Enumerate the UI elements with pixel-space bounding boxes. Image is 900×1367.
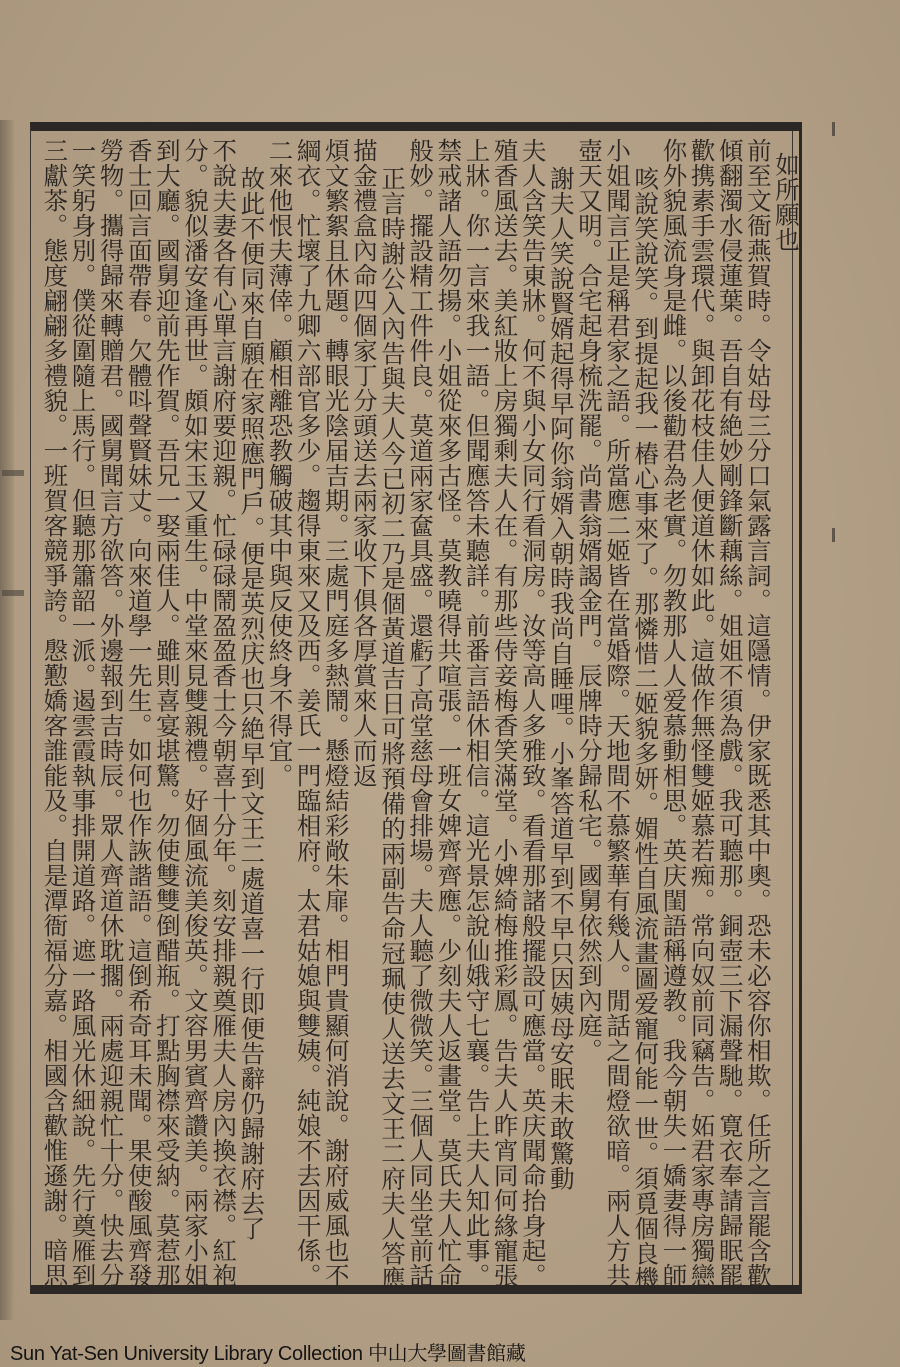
text-column: 一笑躬身別。僕從圍隨上馬行。但聽那簫韶一派。遏雲霞執事排開道路。遮一路風光休細說… [68, 138, 96, 1288]
text-column: 分。貌似潘安逢再世。頗如宋玉又重生。中堂來見雙親禮。好個風流美俊英。文容男賓齊讚… [181, 138, 209, 1288]
gutter-mark [2, 590, 24, 596]
page-gutter [0, 470, 26, 670]
text-column: 如所願也 [772, 138, 800, 1288]
text-column: 到大廳。國舅迎前先作賀。吾兄一娶兩佳人。雖則喜宴堪驚。勿使雙雙倒醋瓶。打點胸襟來… [153, 138, 181, 1288]
binding-edge [0, 120, 14, 1320]
text-column: 三獻茶。態度翩翩多禮貌。一班賀客競爭誇。慇懃嬌客誰能及。自是潭衙福分嘉。相國含歡… [40, 138, 68, 1288]
text-column: 煩文繁絮且休題。轉眼光陰届吉期。三處門庭多熱鬧。懸燈結彩敞朱扉。相門貴顯何消說。… [322, 138, 350, 1288]
gutter-mark [2, 470, 24, 476]
text-column: 描金禮盒內命四個家丁分頭送去兩家收下俱各厚賞來人而返 [350, 138, 378, 1288]
text-column: 故此不便同來自願在家照應門戶。便是英烈庆也只絶早到文王二處道喜一行即便告辭仍歸謝… [237, 138, 265, 1288]
vertical-text-body: 如所願也 前至文衙燕賀時。令姑母三分口氣露言詞。這隱情。伊家既悉其中奧。恐未必容… [40, 138, 800, 1288]
scanned-book-page: 如所願也 前至文衙燕賀時。令姑母三分口氣露言詞。這隱情。伊家既悉其中奧。恐未必容… [0, 0, 900, 1367]
text-column: 香士回言面帶春。欠體呌聲賢妹丈。向來道學一先生。如何也作詼諧語。這倒希奇耳未聞。… [125, 138, 153, 1288]
text-column: 正言時謝公入內告與夫人今已初二乃是個黃道吉日可將預備的兩副告命冠珮使人送去文王二… [378, 138, 406, 1288]
margin-mark-top [832, 122, 845, 136]
text-column: 前至文衙燕賀時。令姑母三分口氣露言詞。這隱情。伊家既悉其中奧。恐未必容你相欺。任… [744, 138, 772, 1288]
text-column: 上牀。你一言來我一語。但聞應答未聽詳。前番言語休相信。這光景怎說仙娥守七襄。告上… [462, 138, 490, 1288]
library-watermark: Sun Yat-Sen University Library Collectio… [10, 1337, 526, 1366]
text-column: 你外貌風流身是雌。以後勸君為老實。勿教那人人爱慕動相思。英庆閨語稱遵教。我今朝失… [659, 138, 687, 1288]
text-column: 咳說笑說笑。到提起我一樁心事來了。那憐惜二姬貌多妍。媚性自風流畫圖爱寵何能一世。… [631, 138, 659, 1288]
text-column: 歡携素手雲環代。與卸花枝佳人便道休如此。這做作無怪雙姬慕若痴。常向奴前同竊告。妬… [687, 138, 715, 1288]
margin-mark-bottom [832, 528, 845, 542]
text-column: 壺天又明。合宅起身梳洗罷。尚書翁婿謁金門。辰牌時分歸私宅。國舅依然到內庭。 [575, 138, 603, 1288]
text-column: 傾翻濁水侵蓮葉。吾自有絶妙剛鋒斷藕絲。姐姐不須為戲。我可聽那。銅壺三下漏聲馳。寛… [716, 138, 744, 1288]
text-column: 勞物。攜得歸來轉贈君。國舅聞言方欲答。外邊報到吉時辰。眾人齊道休耽擱。兩處迎親忙… [96, 138, 124, 1288]
text-column: 禁戒諸人語勿揚。小姐從來多古怪。莫教曉得共喧張。一班女婢齊齊應。少刻夫人返畫堂。… [434, 138, 462, 1288]
text-column: 般妙。擺設精工件件良。莫道兩家奩具盛。還虧了高堂慈母會排場。夫人聽了微微笑。三個… [406, 138, 434, 1288]
text-column: 謝夫人笑說賢婿起得早阿你翁婿入朝時我尚自睡哩。小峯答道早到不早只因姨母安眠未敢驚… [547, 138, 575, 1288]
text-column: 夫人含笑告東牀。何不與小女同行看洞房。汝等高人多雅致。看看那諸般擺設可應當。英庆… [519, 138, 547, 1288]
text-column: 二來他恨夫薄倖。顧相離恐教觸破其中與反使終身不得宜。 [265, 138, 293, 1288]
text-column: 殖香風送去。美紅妝上房獨剩夫人在。有那些侍妾梅香笑滿堂。小婢綺梅推彩鳳。告夫人昨… [490, 138, 518, 1288]
text-column: 不說夫妻各有心單言謝府要迎親。忙碌碌鬧盈盈香士今朝喜十分年。刻安排親奠雁夫人房內… [209, 138, 237, 1288]
text-column: 小姐聞言正是稱君家之語。所當應二姬皆在當婚際。天地間不慕繁華有幾人。閒話之間燈欲… [603, 138, 631, 1288]
text-column: 綱衣。忙壞了九卿六部官多少。趨得東來又及西。姜氏一門臨相府。太君姑媳與雙姨。純娘… [293, 138, 321, 1288]
